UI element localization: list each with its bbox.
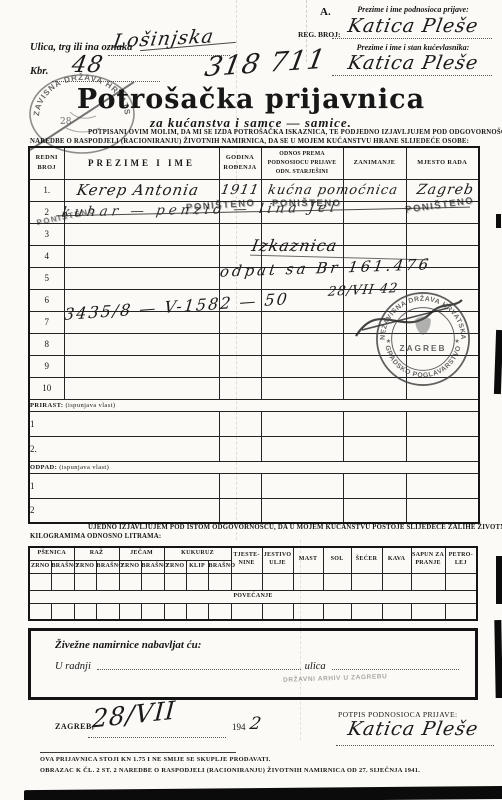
scan-edge-right xyxy=(494,330,502,394)
col-jestivo-ulje: JESTIVO ULJE xyxy=(262,547,293,573)
row-number: 1 xyxy=(29,411,219,436)
empty-cell xyxy=(51,603,74,620)
supplies-empty-row-2 xyxy=(29,603,477,620)
empty-cell xyxy=(343,411,406,436)
row-number: 4 xyxy=(29,245,64,267)
prirast-label: PRIRAST: xyxy=(30,402,63,409)
supplies-table: PŠENICA RAŽ JEČAM KUKURUZ TJESTE-NINE JE… xyxy=(28,546,478,621)
odpad-band-cell: ODPAD: (ispunjava vlast) xyxy=(29,461,479,473)
empty-cell xyxy=(64,223,219,245)
empty-cell xyxy=(343,473,406,498)
group-kukuruz: KUKURUZ xyxy=(164,547,231,560)
applicant-name-value: Katica Pleše xyxy=(346,15,480,37)
empty-cell xyxy=(64,245,219,267)
empty-cell xyxy=(64,267,219,289)
col-header-godina: GODINA ROĐENJA xyxy=(219,147,261,179)
empty-cell xyxy=(231,573,262,590)
empty-cell xyxy=(406,436,479,461)
sub-zrno: ZRNO xyxy=(29,560,51,573)
empty-cell xyxy=(186,603,208,620)
empty-cell xyxy=(343,201,406,223)
reg-number-handwritten: 318 711 xyxy=(202,44,328,83)
odpad-row-2: 2 xyxy=(29,498,479,523)
empty-cell xyxy=(186,573,208,590)
empty-cell xyxy=(411,603,445,620)
empty-cell xyxy=(343,436,406,461)
scan-edge-right xyxy=(496,214,501,228)
col-header-mjesto-rada: MJESTO RADA xyxy=(406,147,479,179)
ponisteno-stamp: PONIŠTENO xyxy=(272,198,341,209)
scanned-form-page: A. REG. BROJ: Prezime i ime podnosioca p… xyxy=(0,0,502,800)
col-header-zanimanje: ZANIMANJE xyxy=(343,147,406,179)
row-number: 5 xyxy=(29,267,64,289)
sub-brasno: BRAŠNO xyxy=(96,560,119,573)
fill-in-line xyxy=(97,668,301,670)
empty-cell xyxy=(261,355,343,377)
empty-cell xyxy=(261,498,343,523)
sub-brasno: BRAŠNO xyxy=(51,560,74,573)
supplies-empty-row xyxy=(29,573,477,590)
sub-zrno: ZRNO xyxy=(74,560,96,573)
signature-handwritten: Katica Pleše xyxy=(346,718,480,740)
empty-cell xyxy=(293,603,323,620)
handwritten-year: 1911 xyxy=(219,182,260,198)
supplies-group-header-row: PŠENICA RAŽ JEČAM KUKURUZ TJESTE-NINE JE… xyxy=(29,547,477,560)
empty-cell xyxy=(64,333,219,355)
svg-text:★: ★ xyxy=(386,338,391,345)
prirast-note: (ispunjava vlast) xyxy=(65,402,115,409)
empty-cell xyxy=(141,573,164,590)
empty-cell xyxy=(262,573,293,590)
empty-cell xyxy=(219,311,261,333)
empty-cell xyxy=(96,603,119,620)
handwritten-name: Kerep Antonia xyxy=(75,181,200,199)
scan-edge-right xyxy=(496,556,502,604)
empty-cell xyxy=(51,573,74,590)
empty-cell xyxy=(382,573,411,590)
year-handwritten: 2 xyxy=(248,714,263,734)
empty-cell xyxy=(445,573,477,590)
empty-cell xyxy=(29,573,51,590)
intro-line-2: NAREDBE O RASPODJELI (RACIONIRANJU) ŽIVO… xyxy=(30,138,469,145)
applicant-name-label: Prezime i ime podnosioca prijave: xyxy=(332,5,494,14)
empty-cell xyxy=(343,498,406,523)
prirast-row-1: 1 xyxy=(29,411,479,436)
prirast-band-cell: PRIRAST: (ispunjava vlast) xyxy=(29,399,479,411)
procurement-box: Živežne namirnice nabavljat ću: U radnji… xyxy=(28,628,478,700)
stamp-coat-of-arms xyxy=(415,316,431,335)
row-number: 2 xyxy=(29,498,219,523)
ruled-line xyxy=(336,744,494,746)
empty-cell xyxy=(219,333,261,355)
empty-cell xyxy=(141,603,164,620)
empty-cell xyxy=(231,603,262,620)
sub-zrno: ZRNO xyxy=(119,560,141,573)
row-number: 2. xyxy=(29,436,219,461)
procurement-title: Živežne namirnice nabavljat ću: xyxy=(55,639,201,651)
fine-print-price: OVA PRIJAVNICA STOJI KN 1.75 I NE SMIJE … xyxy=(40,756,271,763)
empty-cell xyxy=(119,603,141,620)
povecanje-band: POVEĆANJE xyxy=(29,590,477,603)
row-number: 1. xyxy=(29,179,64,201)
odpad-label: ODPAD: xyxy=(30,464,57,471)
sub-brasno: BRAŠNO xyxy=(208,560,231,573)
group-psenica: PŠENICA xyxy=(29,547,74,560)
prirast-band: PRIRAST: (ispunjava vlast) xyxy=(29,399,479,411)
group-raz: RAŽ xyxy=(74,547,119,560)
col-tjestenine: TJESTE-NINE xyxy=(231,547,262,573)
owner-name-value: Katica Pleše xyxy=(346,52,480,74)
fine-print-divider xyxy=(40,752,236,753)
stamp-center-text: ZAGREB xyxy=(400,343,447,353)
empty-cell xyxy=(219,473,261,498)
empty-cell xyxy=(293,573,323,590)
sub-klip: KLIP xyxy=(186,560,208,573)
empty-cell xyxy=(119,573,141,590)
empty-cell xyxy=(164,573,186,590)
row-number: 7 xyxy=(29,311,64,333)
empty-cell xyxy=(96,573,119,590)
cell-name: Kerep Antonia xyxy=(64,179,219,201)
row-number: 9 xyxy=(29,355,64,377)
empty-cell xyxy=(406,473,479,498)
supplies-intro-line-2: KILOGRAMIMA ODNOSNO LITRAMA: xyxy=(30,533,161,540)
procurement-line: U radnji ulica xyxy=(55,661,459,672)
empty-cell xyxy=(219,377,261,399)
povecanje-band-row: POVEĆANJE xyxy=(29,590,477,603)
empty-cell xyxy=(219,436,261,461)
row-number: 1 xyxy=(29,473,219,498)
owner-name-label: Prezime i ime i stan kućevlasnika: xyxy=(332,43,494,52)
sub-brasno: BRAŠNO xyxy=(141,560,164,573)
empty-cell xyxy=(261,333,343,355)
empty-cell xyxy=(406,411,479,436)
archive-stamp: DRŽAVNI ARHIV U ZAGREBU xyxy=(283,673,388,684)
fine-print-regulation: OBRAZAC K ČL. 2 ST. 2 NAREDBE O RASPODJE… xyxy=(40,767,420,774)
shop-label: U radnji xyxy=(55,661,91,672)
empty-cell xyxy=(29,603,51,620)
empty-cell xyxy=(445,603,477,620)
empty-cell xyxy=(64,377,219,399)
form-subtitle-text: za kućanstva i samce — samice. xyxy=(150,115,352,130)
row-number: 3 xyxy=(29,223,64,245)
place-label: ZAGREB, xyxy=(55,722,94,731)
col-sapun: SAPUN ZA PRANJE xyxy=(411,547,445,573)
persons-table-header-row: REDNI BROJ PREZIME I IME GODINA ROĐENJA … xyxy=(29,147,479,179)
col-header-odnos: ODNOS PREMA PODNOSIOCU PRIJAVE ODN. STAR… xyxy=(261,147,343,179)
empty-cell xyxy=(323,603,351,620)
empty-cell xyxy=(261,411,343,436)
col-header-prezime-ime: PREZIME I IME xyxy=(64,147,219,179)
empty-cell xyxy=(164,603,186,620)
col-mast: MAST xyxy=(293,547,323,573)
empty-cell xyxy=(74,573,96,590)
sub-zrno: ZRNO xyxy=(164,560,186,573)
empty-cell xyxy=(382,603,411,620)
odpad-row-1: 1 xyxy=(29,473,479,498)
empty-cell xyxy=(343,223,406,245)
row-number: 10 xyxy=(29,377,64,399)
empty-cell xyxy=(411,573,445,590)
empty-cell xyxy=(208,573,231,590)
scan-edge-right xyxy=(494,620,502,698)
gradsko-poglavarstvo-stamp: NEZAVISNA DRŽAVA HRVATSKA GRADSKO POGLAV… xyxy=(374,290,472,388)
handwritten-relation: kućna pomoćnica xyxy=(266,183,399,198)
iskaznica-note: Izkaznica xyxy=(250,236,339,255)
supplies-intro-line-1: UJEDNO IZJAVLJUJEM POD ISTOM ODGOVORNOŠĆ… xyxy=(88,524,502,531)
odpad-band: ODPAD: (ispunjava vlast) xyxy=(29,461,479,473)
odpad-note: (ispunjava vlast) xyxy=(59,464,109,471)
empty-cell xyxy=(208,603,231,620)
scan-edge-bottom xyxy=(24,786,502,800)
col-header-redni-broj: REDNI BROJ xyxy=(29,147,64,179)
empty-cell xyxy=(323,573,351,590)
empty-cell xyxy=(219,498,261,523)
form-corner-label: A. xyxy=(320,6,331,18)
empty-cell xyxy=(262,603,293,620)
empty-cell xyxy=(406,498,479,523)
empty-cell xyxy=(351,573,382,590)
empty-cell xyxy=(351,603,382,620)
group-jecam: JEČAM xyxy=(119,547,164,560)
col-petrolej: PETRO-LEJ xyxy=(445,547,477,573)
col-secer: ŠEĆER xyxy=(351,547,382,573)
header-right-block: Prezime i ime podnosioca prijave: Katica… xyxy=(332,5,494,76)
col-kava: KAVA xyxy=(382,547,411,573)
empty-cell xyxy=(261,436,343,461)
street-fill-label: ulica xyxy=(305,661,326,672)
empty-cell xyxy=(406,223,479,245)
intro-line-1: POTPISANI OVIM MOLIM, DA MI SE IZDA POTR… xyxy=(88,129,502,136)
date-handwritten: 28/VII xyxy=(91,695,177,733)
empty-cell xyxy=(261,377,343,399)
ruled-line xyxy=(332,37,492,39)
empty-cell xyxy=(74,603,96,620)
year-printed: 194 xyxy=(232,722,246,732)
ruled-line xyxy=(88,736,226,738)
empty-cell xyxy=(64,355,219,377)
empty-cell xyxy=(261,473,343,498)
row-number: 8 xyxy=(29,333,64,355)
empty-cell xyxy=(219,355,261,377)
empty-cell xyxy=(261,311,343,333)
form-title-text: Potrošačka prijavnica xyxy=(77,84,425,115)
row-number: 6 xyxy=(29,289,64,311)
fill-in-line xyxy=(332,668,459,670)
ruled-line xyxy=(332,74,492,76)
svg-text:★: ★ xyxy=(454,338,459,345)
prirast-row-2: 2. xyxy=(29,436,479,461)
form-title: Potrošačka prijavnica xyxy=(0,84,502,115)
empty-cell xyxy=(219,411,261,436)
col-sol: SOL xyxy=(323,547,351,573)
